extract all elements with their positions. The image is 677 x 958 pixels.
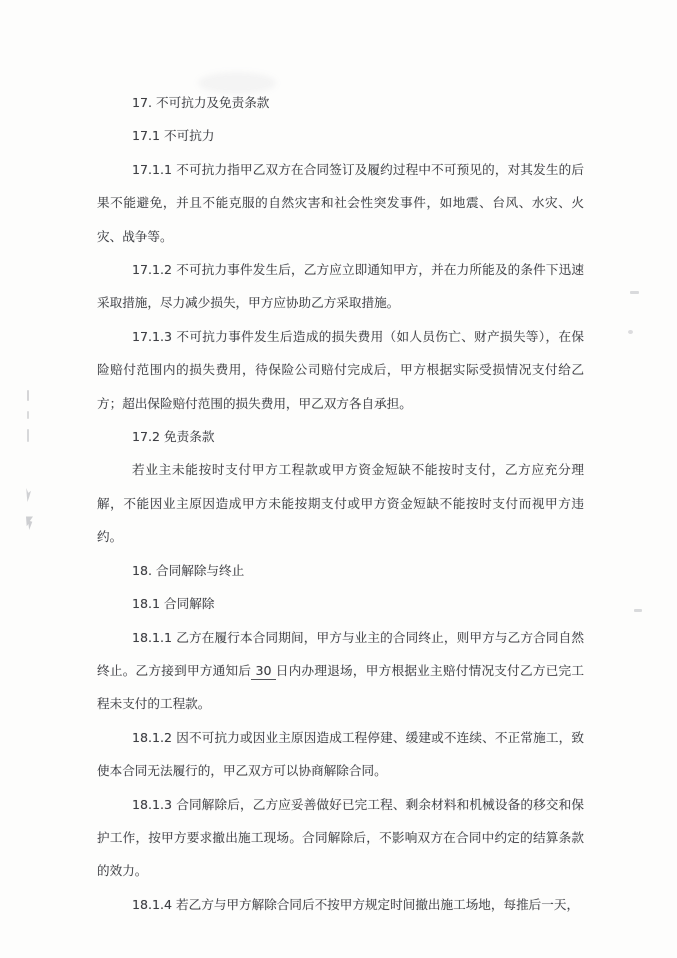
clause-17-1-2-paragraph: 17.1.2 不可抗力事件发生后，乙方应立即通知甲方，并在力所能及的条件下迅速采… — [97, 253, 584, 320]
section-17-heading: 17. 不可抗力及免责条款 — [97, 86, 584, 119]
scan-artifact — [634, 609, 642, 612]
scan-artifact — [630, 291, 639, 294]
clause-17-2-heading: 17.2 免责条款 — [97, 420, 584, 453]
clause-18-1-1-paragraph: 18.1.1 乙方在履行本合同期间，甲方与业主的合同终止，则甲方与乙方合同自然终… — [97, 621, 584, 721]
scan-artifact — [27, 390, 29, 401]
clause-18-1-4-paragraph: 18.1.4 若乙方与甲方解除合同后不按甲方规定时间撤出施工场地，每推后一天， — [97, 888, 584, 921]
clause-17-1-3-paragraph: 17.1.3 不可抗力事件发生后造成的损失费用（如人员伤亡、财产损失等），在保险… — [97, 320, 584, 420]
clause-17-1-1-paragraph: 17.1.1 不可抗力指甲乙双方在合同签订及履约过程中不可预见的，对其发生的后果… — [97, 153, 584, 253]
clause-18-1-heading: 18.1 合同解除 — [97, 587, 584, 620]
contract-text-body: 17. 不可抗力及免责条款 17.1 不可抗力 17.1.1 不可抗力指甲乙双方… — [97, 86, 584, 921]
clause-17-1-heading: 17.1 不可抗力 — [97, 119, 584, 152]
scan-artifact — [628, 330, 633, 334]
scan-artifact — [25, 488, 31, 502]
section-18-heading: 18. 合同解除与终止 — [97, 554, 584, 587]
clause-18-1-3-paragraph: 18.1.3 合同解除后，乙方应妥善做好已完工程、剩余材料和机械设备的移交和保护… — [97, 788, 584, 888]
scan-artifact — [27, 429, 29, 442]
scan-artifact — [26, 515, 33, 530]
scan-artifact — [27, 411, 29, 419]
underlined-days-value: 30 — [251, 663, 276, 680]
clause-18-1-2-paragraph: 18.1.2 因不可抗力或因业主原因造成工程停建、缓建或不连续、不正常施工，致使… — [97, 721, 584, 788]
contract-page: 17. 不可抗力及免责条款 17.1 不可抗力 17.1.1 不可抗力指甲乙双方… — [0, 0, 677, 958]
clause-17-2-paragraph: 若业主未能按时支付甲方工程款或甲方资金短缺不能按时支付，乙方应充分理解，不能因业… — [97, 453, 584, 553]
